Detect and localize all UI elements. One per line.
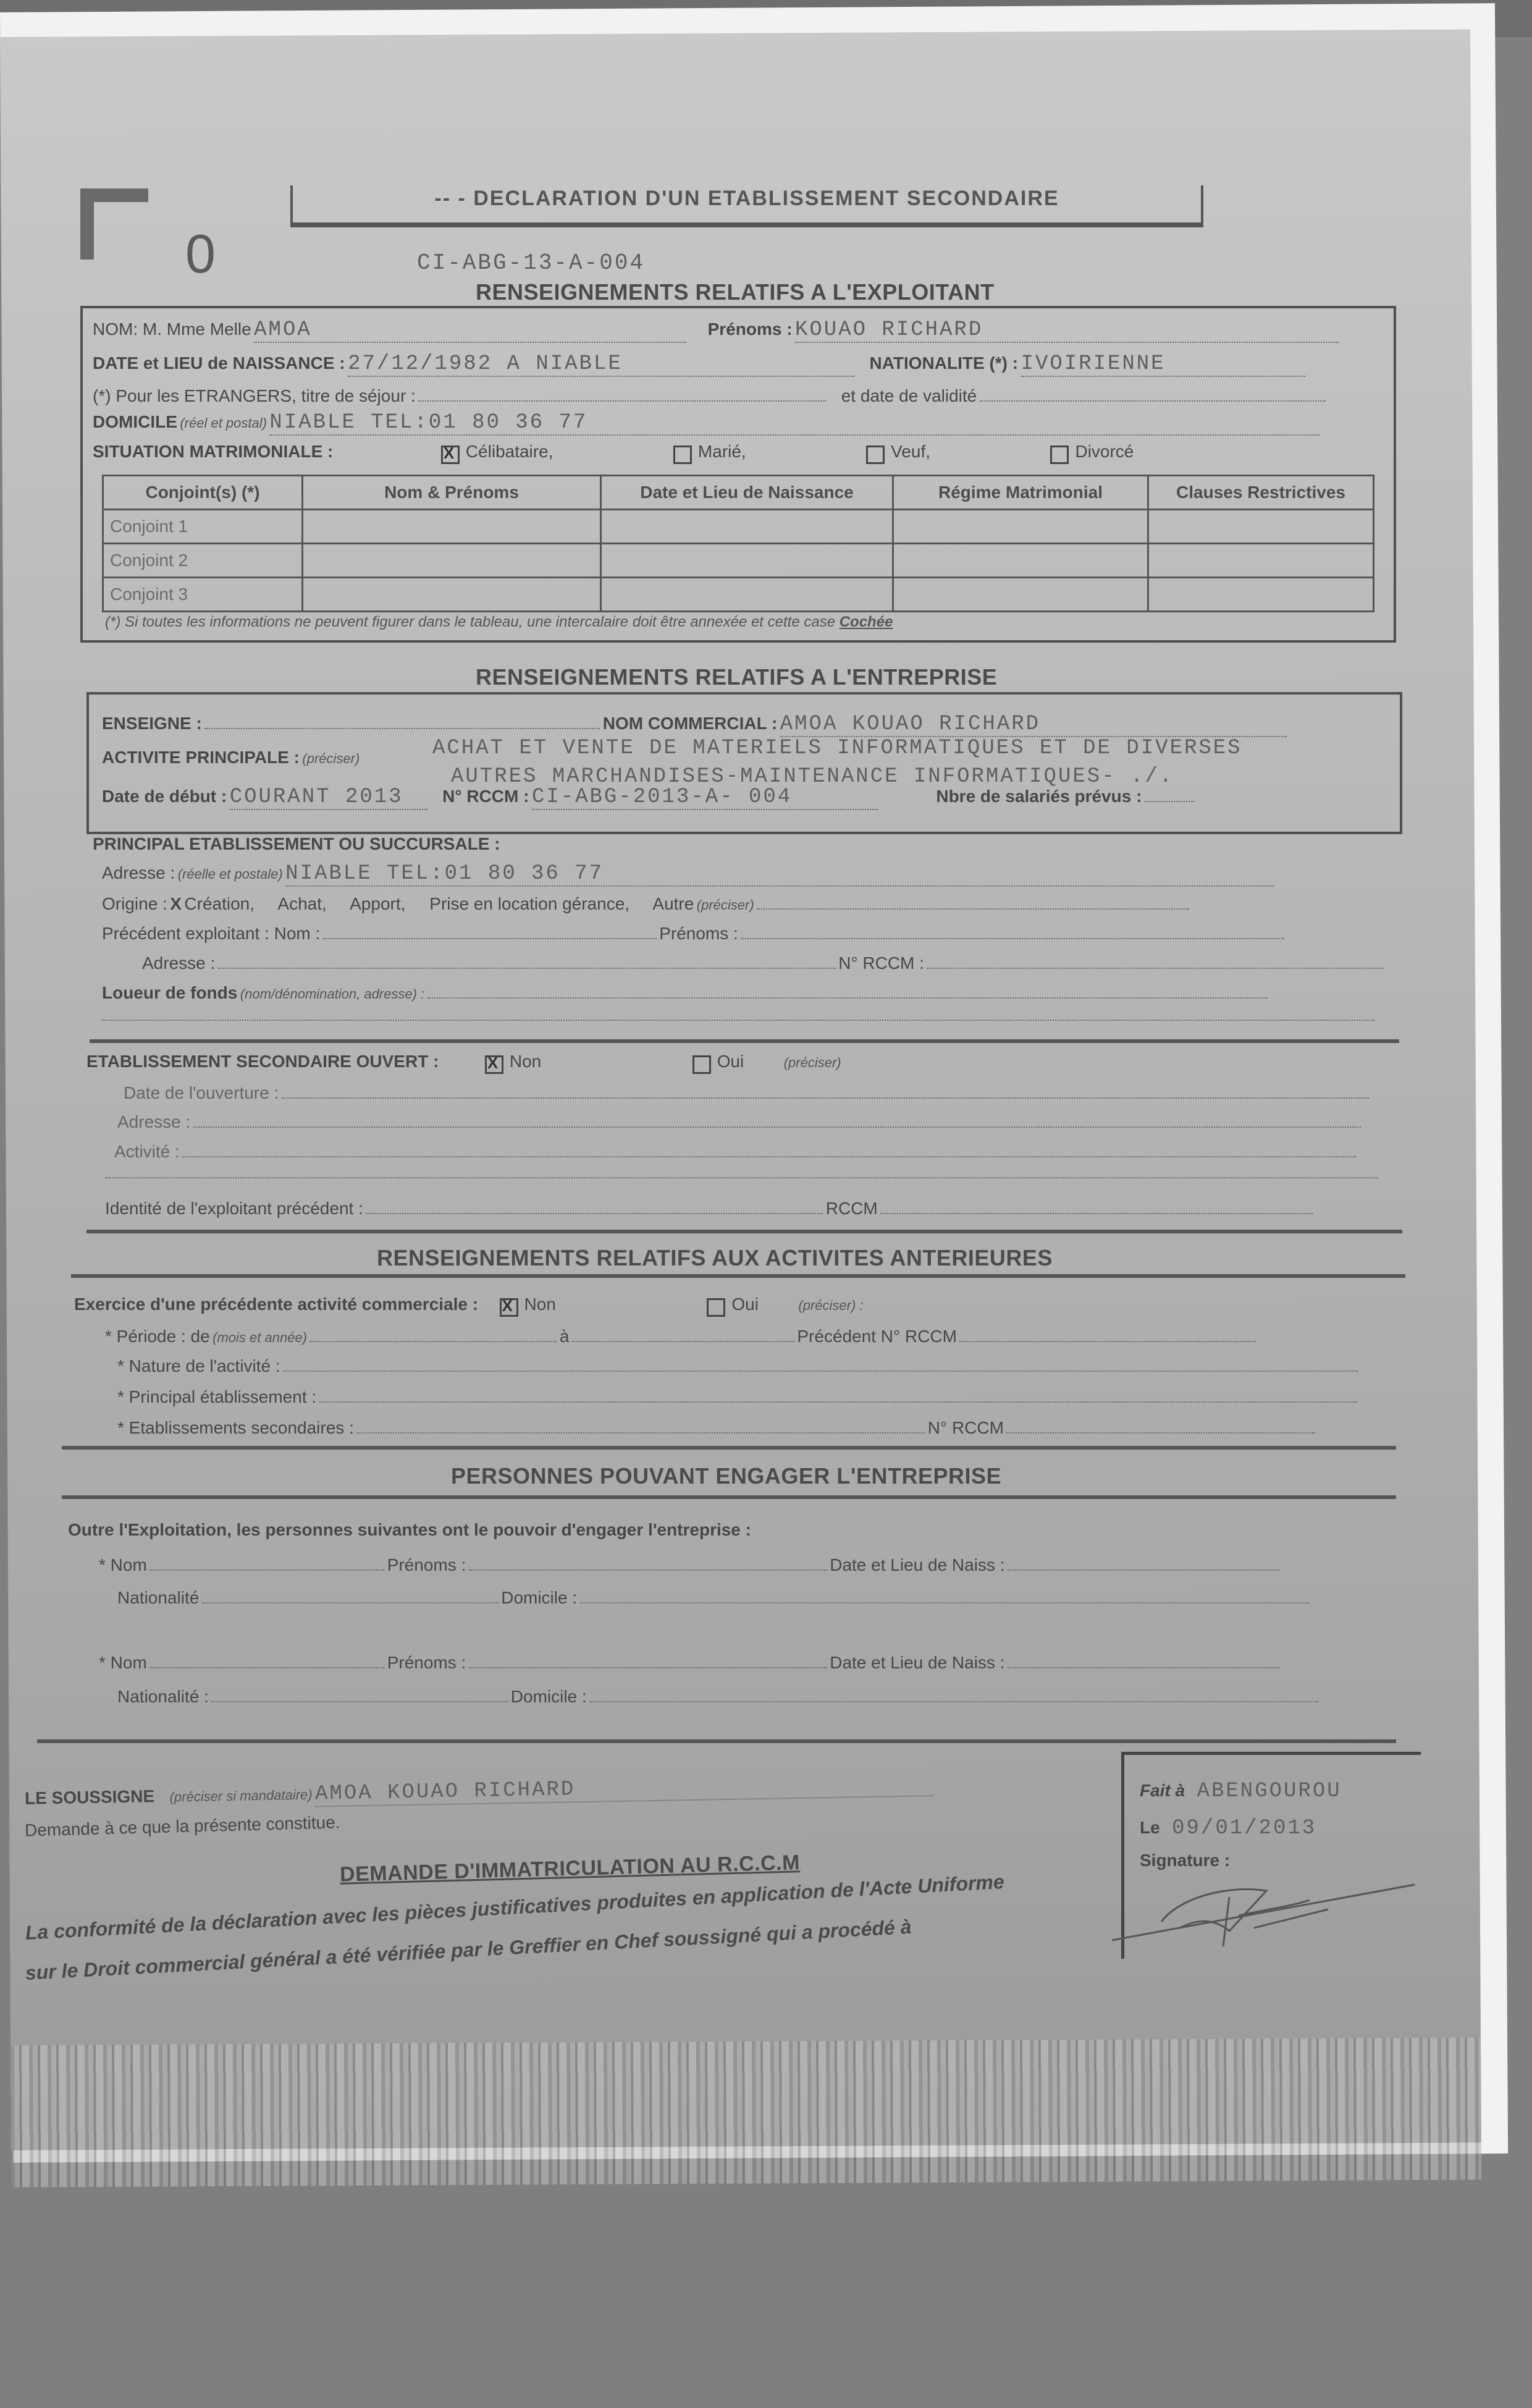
origine-hint: (préciser) [697,897,754,913]
precedent-row: Précédent exploitant : Nom : Prénoms : [102,921,1284,944]
origine-label: Origine : [102,894,167,913]
checkbox-icon[interactable] [866,446,885,464]
secondaires-rccm-field[interactable] [1006,1415,1315,1434]
domicile-label: Domicile : [511,1687,587,1706]
personnes-intro: Outre l'Exploitation, les personnes suiv… [68,1520,751,1540]
col-header: Nom & Prénoms [303,476,601,510]
personne-2-row-a: * Nom Prénoms : Date et Lieu de Naiss : [99,1650,1279,1673]
personne-1-row-b: Nationalité Domicile : [117,1585,1309,1608]
periode-de-field[interactable] [309,1324,557,1342]
prenoms-label: Prénoms : [708,319,793,339]
domicile-hint: (réel et postal) [180,415,267,431]
salaries-field[interactable] [1145,784,1194,802]
divider [86,1230,1402,1233]
periode-a-field[interactable] [572,1324,794,1342]
divider [62,1495,1396,1499]
checkbox-checked-icon[interactable] [441,446,460,464]
precedent-nom-label: Précédent exploitant : Nom : [102,924,320,943]
conjoint-footnote: (*) Si toutes les informations ne peuven… [105,614,893,631]
personne-2-nom-field[interactable] [149,1650,384,1668]
nom-label: * Nom [99,1653,147,1672]
secondaire-row: ETABLISSEMENT SECONDAIRE OUVERT : Non Ou… [86,1052,841,1074]
top-banner-text: -- - DECLARATION D'UN ETABLISSEMENT SECO… [293,187,1201,211]
top-banner: -- - DECLARATION D'UN ETABLISSEMENT SECO… [290,185,1203,227]
domicile-row: DOMICILE (réel et postal) NIABLE TEL:01 … [93,411,1319,436]
prenoms-label: Prénoms : [387,1555,466,1574]
personne-2-naiss-field[interactable] [1008,1650,1279,1668]
loueur-label: Loueur de fonds [102,983,237,1002]
precedent-adresse-field[interactable] [218,950,836,969]
table-cell[interactable] [303,578,601,612]
signature-box: Fait à ABENGOUROU Le 09/01/2013 Signatur… [1121,1752,1421,1959]
table-cell[interactable] [303,544,601,578]
personne-1-naiss-field[interactable] [1008,1552,1279,1571]
sec-adresse-label: Adresse : [117,1112,190,1131]
naiss-label: Date et Lieu de Naiss : [830,1653,1004,1672]
table-row: Conjoint 2 [103,544,1374,578]
sec-extra-line[interactable] [105,1177,1378,1178]
col-header: Clauses Restrictives [1148,476,1374,510]
le-label: Le [1140,1818,1160,1837]
table-cell[interactable] [1148,578,1374,612]
nom-commercial-label: NOM COMMERCIAL : [603,714,778,733]
nature-field[interactable] [283,1353,1358,1372]
periode-hint: (mois et année) [213,1330,307,1345]
nom-label: NOM: M. Mme Melle [93,319,251,339]
exercice-hint: (préciser) : [798,1298,863,1313]
nationalite-label: Nationalité [117,1588,199,1607]
table-cell[interactable] [601,510,893,544]
divider [71,1274,1405,1278]
principal-row: * Principal établissement : [117,1384,1357,1407]
date-row: Le 09/01/2013 [1140,1817,1316,1840]
personne-1-domicile-field[interactable] [580,1585,1309,1603]
etrangers-row: (*) Pour les ETRANGERS, titre de séjour … [93,383,1326,406]
secondaires-rccm-label: N° RCCM [928,1418,1004,1437]
col-header: Date et Lieu de Naissance [601,476,893,510]
personne-2-prenoms-field[interactable] [469,1650,827,1668]
secondaire-hint: (préciser) [784,1055,841,1070]
sec-adresse-row: Adresse : [117,1109,1361,1132]
row-label: Conjoint 3 [103,578,303,612]
loueur-field[interactable] [427,980,1268,999]
fait-label: Fait à [1140,1781,1185,1800]
exercice-oui-option[interactable]: Oui [707,1302,759,1312]
salaries-label: Nbre de salariés prévus : [936,787,1142,806]
soussigne-hint: (préciser si mandataire) [169,1787,312,1805]
situation-label: SITUATION MATRIMONIALE : [93,442,333,461]
checkbox-checked-icon[interactable] [500,1298,518,1317]
exercice-label: Exercice d'une précédente activité comme… [74,1295,478,1314]
adresse-row: Adresse : (réelle et postale) NIABLE TEL… [102,862,1274,887]
personne-2-domicile-field[interactable] [589,1684,1318,1702]
naissance-field[interactable]: 27/12/1982 A NIABLE [348,352,854,377]
demande-text: Demande à ce que la présente constitue. [25,1812,340,1840]
periode-row: * Période : de (mois et année) à Précéde… [105,1324,1256,1346]
secondaire-label: ETABLISSEMENT SECONDAIRE OUVERT : [86,1052,439,1071]
precedent-nom-field[interactable] [323,921,657,939]
precedent-adresse-row: Adresse : N° RCCM : [142,950,1384,973]
cochee-text: Cochée [840,614,893,630]
secondaires-label: * Etablissements secondaires : [117,1418,354,1437]
secondaire-oui-option[interactable]: Oui [692,1059,744,1070]
soussigne-label: LE SOUSSIGNE [25,1786,155,1808]
nationalite-label: Nationalité : [117,1687,209,1706]
exercice-non-option[interactable]: Non [500,1302,556,1312]
table-cell[interactable] [893,510,1148,544]
adresse-label: Adresse : [102,863,175,882]
situation-row: SITUATION MATRIMONIALE : Célibataire, Ma… [93,442,1134,464]
section-title-entreprise: RENSEIGNEMENTS RELATIFS A L'ENTREPRISE [476,664,997,690]
form-content: 0 -- - DECLARATION D'UN ETABLISSEMENT SE… [0,0,1532,2163]
table-cell[interactable] [601,544,893,578]
origine-options[interactable]: Création, Achat, Apport, Prise en locati… [184,894,694,913]
row-label: Conjoint 2 [103,544,303,578]
secondaire-non-option[interactable]: Non [485,1059,541,1070]
nom-commercial-field[interactable]: AMOA KOUAO RICHARD [780,712,1287,737]
validite-label: et date de validité [841,386,977,405]
checkbox-icon[interactable] [1050,446,1069,464]
naissance-label: DATE et LIEU de NAISSANCE : [93,353,345,373]
principal-etablissement-label: PRINCIPAL ETABLISSEMENT OU SUCCURSALE : [93,834,500,854]
divider [90,1039,1399,1043]
col-header: Régime Matrimonial [893,476,1148,510]
adresse-field[interactable]: NIABLE TEL:01 80 36 77 [285,862,1274,887]
validite-field[interactable] [980,383,1326,402]
checkbox-icon[interactable] [707,1298,725,1317]
option-divorce[interactable]: Divorcé [1050,449,1134,460]
form-mark: 0 [185,222,216,285]
precedent-prenoms-label: Prénoms : [659,924,738,943]
domicile-label: DOMICILE [93,412,177,431]
nom-label: * Nom [99,1555,147,1574]
prenoms-label: Prénoms : [387,1653,466,1672]
table-cell[interactable] [893,578,1148,612]
table-cell[interactable] [303,510,601,544]
enseigne-label: ENSEIGNE : [102,714,202,733]
le-field[interactable]: 09/01/2013 [1172,1817,1316,1840]
identite-row: Identité de l'exploitant précédent : RCC… [105,1196,1313,1219]
section-title-personnes: PERSONNES POUVANT ENGAGER L'ENTREPRISE [451,1463,1001,1489]
demande-title: DEMANDE D'IMMATRICULATION AU R.C.C.M [340,1851,801,1886]
loueur-extra-line[interactable] [102,1020,1374,1021]
conjoints-table: Conjoint(s) (*) Nom & Prénoms Date et Li… [102,475,1374,612]
nature-label: * Nature de l'activité : [117,1356,280,1375]
personne-1-nationalite-field[interactable] [202,1585,499,1603]
table-row: Conjoint 3 [103,578,1374,612]
domicile-label: Domicile : [501,1588,577,1607]
personne-2-nationalite-field[interactable] [211,1684,508,1702]
secondaires-field[interactable] [356,1415,925,1434]
activite-field-line1[interactable]: ACHAT ET VENTE DE MATERIELS INFORMATIQUE… [432,737,1242,760]
nationalite-label: NATIONALITE (*) : [870,353,1019,373]
sec-adresse-field[interactable] [193,1109,1361,1128]
nature-row: * Nature de l'activité : [117,1353,1358,1376]
rccm-label: N° RCCM : [442,787,529,806]
secondaires-row: * Etablissements secondaires : N° RCCM [117,1415,1315,1438]
date-ouverture-row: Date de l'ouverture : [124,1080,1369,1103]
origine-autre-field[interactable] [757,891,1189,910]
debut-row: Date de début : COURANT 2013 N° RCCM : C… [102,784,1194,810]
option-veuf[interactable]: Veuf, [866,449,930,460]
section-title-exploitant: RENSEIGNEMENTS RELATIFS A L'EXPLOITANT [476,279,995,305]
sec-activite-label: Activité : [114,1142,180,1161]
loueur-hint: (nom/dénomination, adresse) : [240,986,424,1002]
option-marie[interactable]: Marié, [673,449,746,460]
checkbox-icon[interactable] [692,1055,711,1074]
origine-mark[interactable]: X [170,894,182,913]
corner-registration-mark [80,188,148,260]
identite-rccm-label: RCCM [826,1199,878,1218]
signature-label: Signature : [1140,1851,1230,1870]
sec-activite-field[interactable] [182,1139,1356,1157]
table-header-row: Conjoint(s) (*) Nom & Prénoms Date et Li… [103,476,1374,510]
table-cell[interactable] [601,578,893,612]
identite-field[interactable] [366,1196,823,1214]
handwritten-signature-icon [1106,1872,1427,1953]
nom-row: NOM: M. Mme Melle AMOA Prénoms : KOUAO R… [93,318,1339,343]
table-cell[interactable] [1148,544,1374,578]
soussigne-row: LE SOUSSIGNE (préciser si mandataire) AM… [25,1772,933,1812]
principal-etab-label: * Principal établissement : [117,1387,316,1406]
personne-1-prenoms-field[interactable] [469,1552,827,1571]
divider [62,1446,1396,1450]
precedent-rccm-label: N° RCCM : [838,953,924,973]
identite-label: Identité de l'exploitant précédent : [105,1199,363,1218]
naissance-row: DATE et LIEU de NAISSANCE : 27/12/1982 A… [93,352,1305,377]
rccm-stamp: CI-ABG-13-A-004 [417,250,645,276]
periode-a-label: à [560,1327,570,1346]
date-ouverture-field[interactable] [282,1080,1369,1099]
soussigne-field[interactable]: AMOA KOUAO RICHARD [315,1772,933,1807]
personne-1-row-a: * Nom Prénoms : Date et Lieu de Naiss : [99,1552,1279,1575]
activite-hint: (préciser) [302,751,360,766]
origine-row: Origine : X Création, Achat, Apport, Pri… [102,891,1189,914]
checkbox-icon[interactable] [673,446,692,464]
naiss-label: Date et Lieu de Naiss : [830,1555,1004,1574]
precedent-adresse-label: Adresse : [142,953,215,973]
activite-label: ACTIVITE PRINCIPALE : [102,748,300,767]
loueur-row: Loueur de fonds (nom/dénomination, adres… [102,980,1268,1003]
option-celibataire[interactable]: Célibataire, [441,449,553,460]
exercice-row: Exercice d'une précédente activité comme… [74,1295,864,1317]
table-cell[interactable] [893,544,1148,578]
prenoms-field[interactable]: KOUAO RICHARD [795,318,1339,343]
section-title-anterieures: RENSEIGNEMENTS RELATIFS AUX ACTIVITES AN… [377,1245,1053,1271]
precedent-rccm-field[interactable] [959,1324,1256,1342]
sec-activite-row: Activité : [114,1139,1356,1162]
table-cell[interactable] [1148,510,1374,544]
row-label: Conjoint 1 [103,510,303,544]
personne-1-nom-field[interactable] [149,1552,384,1571]
periode-label: * Période : de [105,1327,210,1346]
etrangers-label: (*) Pour les ETRANGERS, titre de séjour … [93,386,416,405]
precedent-rccm-field[interactable] [927,950,1384,969]
date-debut-label: Date de début : [102,787,227,806]
table-row: Conjoint 1 [103,510,1374,544]
precedent-prenoms-field[interactable] [741,921,1284,939]
enseigne-field[interactable] [204,711,600,729]
nom-field[interactable]: AMOA [254,318,686,343]
domicile-field[interactable]: NIABLE TEL:01 80 36 77 [269,411,1319,436]
titre-sejour-field[interactable] [418,383,826,402]
fait-row: Fait à ABENGOUROU [1140,1780,1342,1803]
fait-field[interactable]: ABENGOUROU [1197,1780,1342,1803]
rccm-field[interactable]: CI-ABG-2013-A- 004 [532,785,878,810]
checkbox-checked-icon[interactable] [485,1055,503,1074]
precedent-rccm-label: Précédent N° RCCM [797,1327,957,1346]
divider [37,1739,1396,1743]
enseigne-row: ENSEIGNE : NOM COMMERCIAL : AMOA KOUAO R… [102,711,1287,737]
date-debut-field[interactable]: COURANT 2013 [230,785,427,810]
personne-2-row-b: Nationalité : Domicile : [117,1684,1318,1707]
activite-row: ACTIVITE PRINCIPALE : (préciser) [102,748,360,767]
identite-rccm-field[interactable] [880,1196,1313,1214]
principal-etab-field[interactable] [319,1384,1357,1403]
adresse-hint: (réelle et postale) [178,866,283,882]
date-ouverture-label: Date de l'ouverture : [124,1083,279,1102]
col-header: Conjoint(s) (*) [103,476,303,510]
nationalite-field[interactable]: IVOIRIENNE [1021,352,1305,377]
